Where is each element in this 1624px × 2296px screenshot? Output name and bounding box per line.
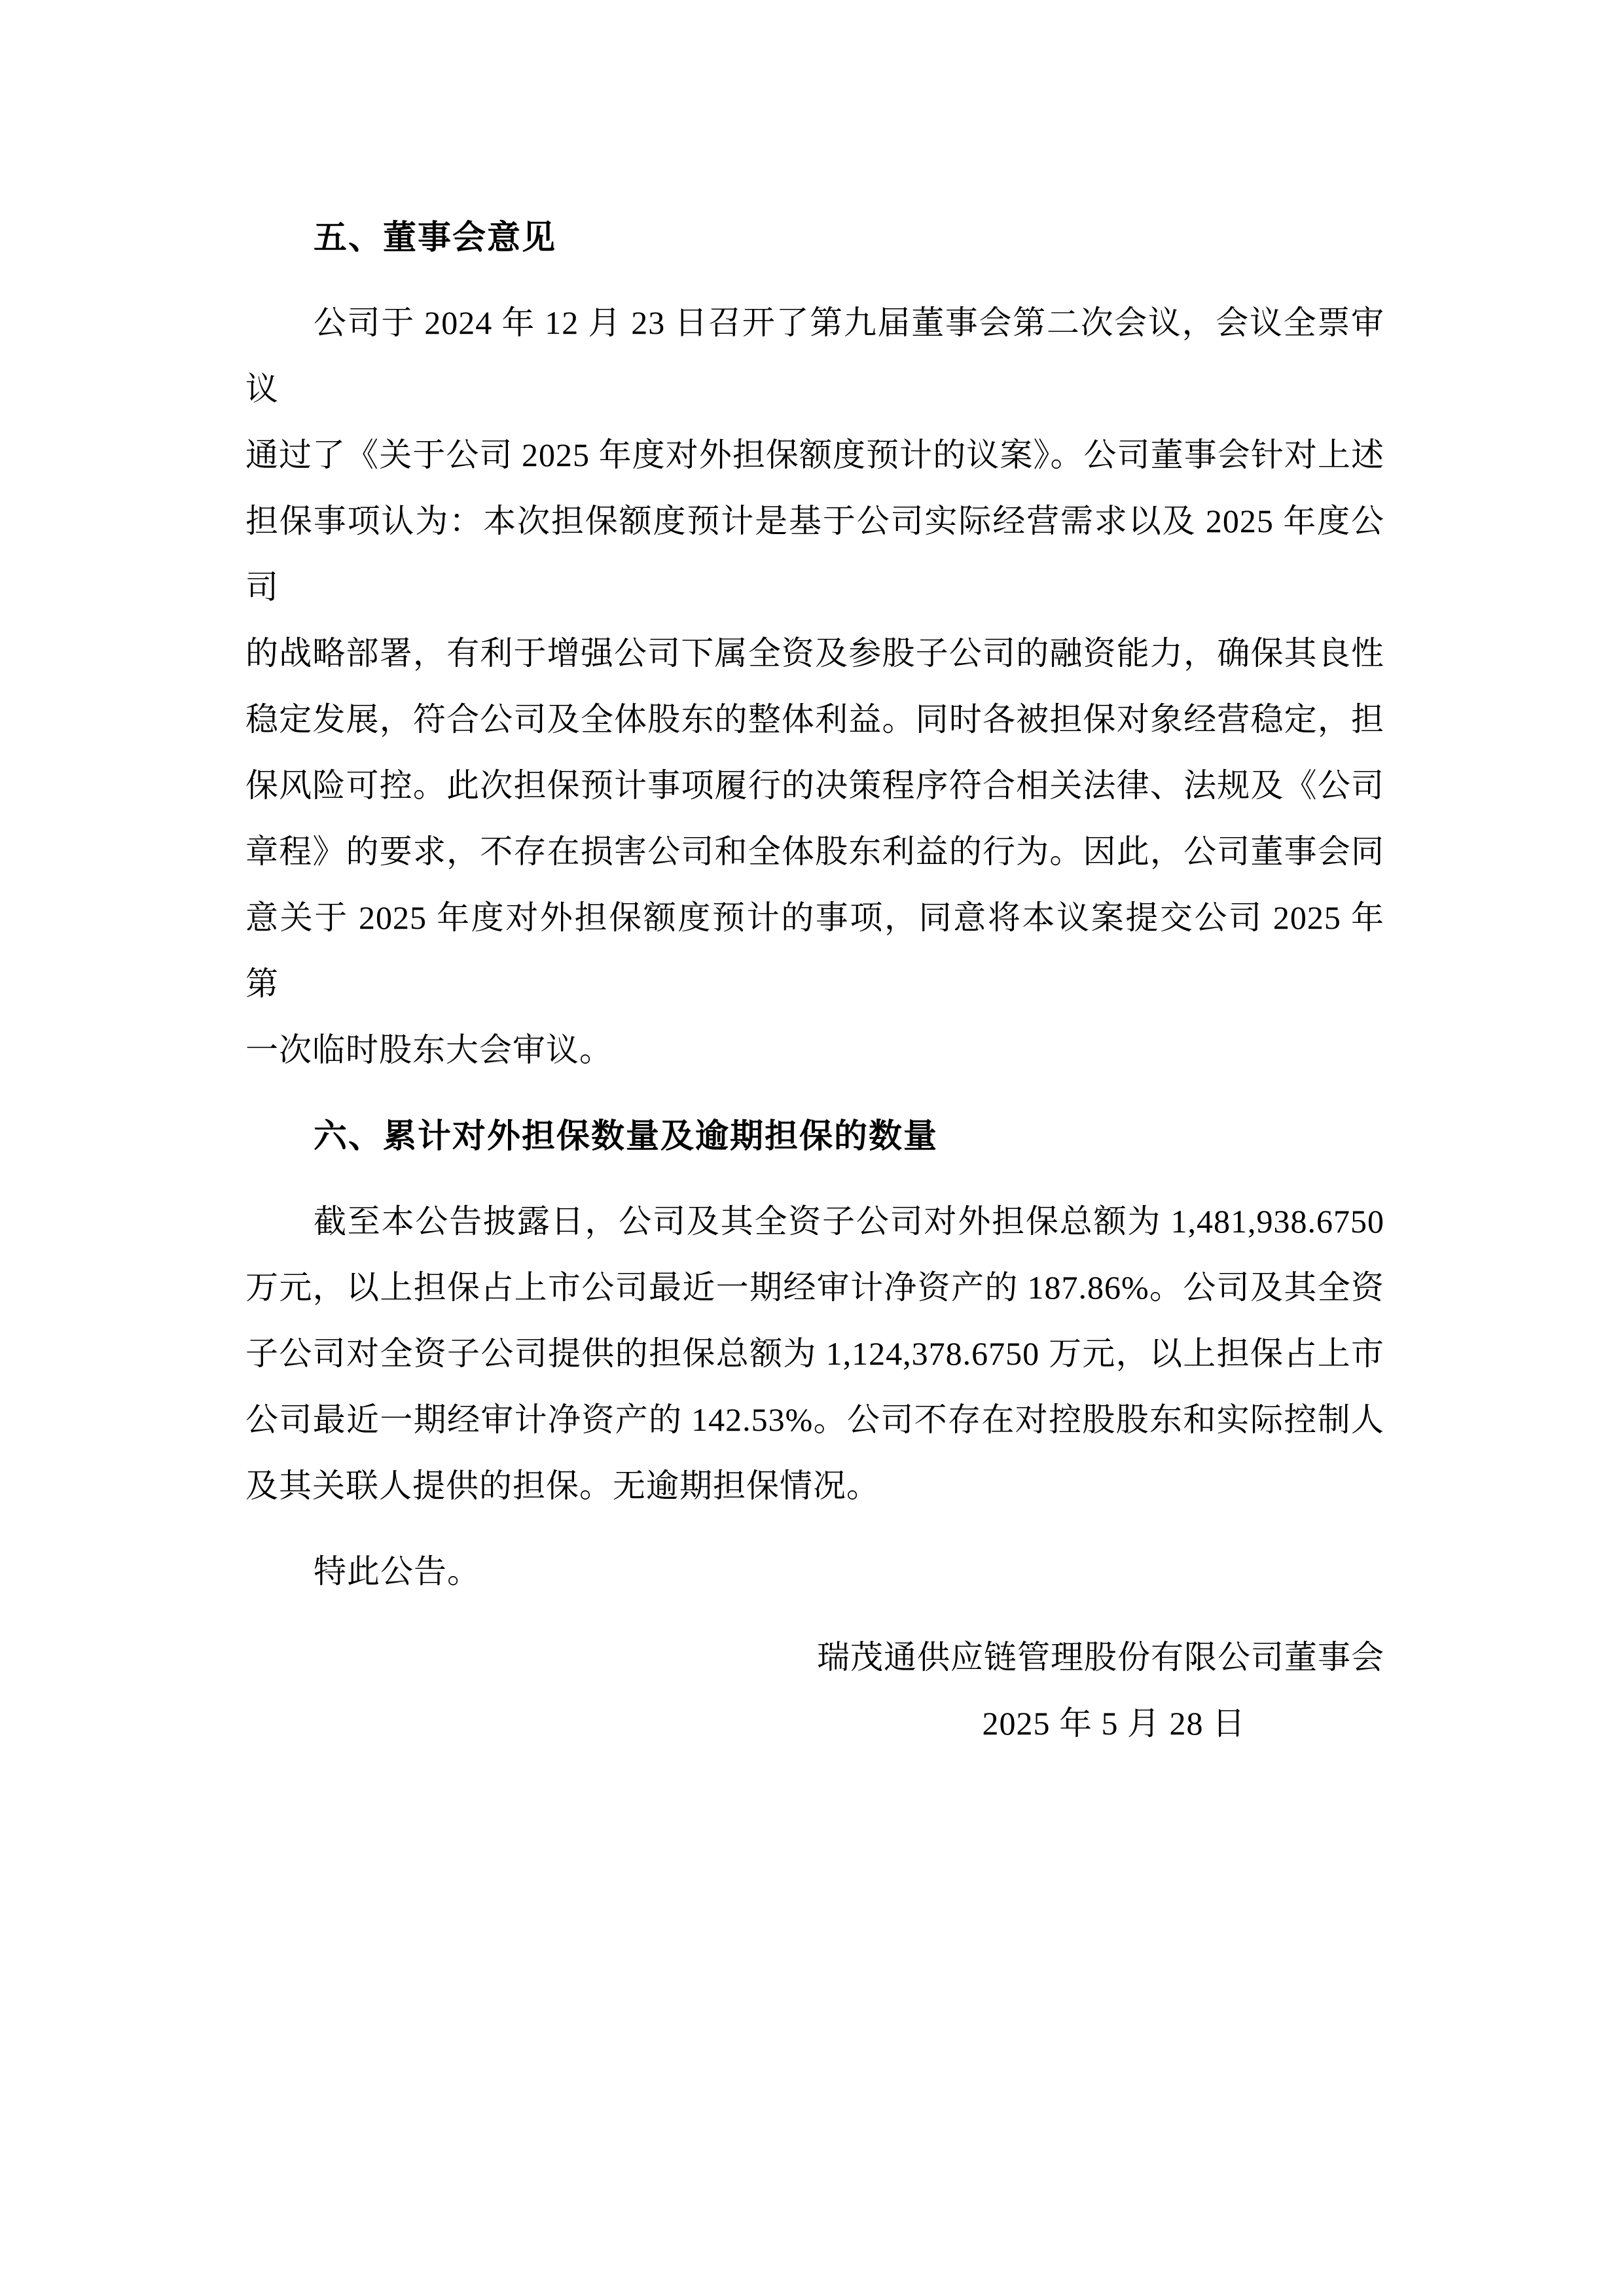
paragraph-line: 公司于 2024 年 12 月 23 日召开了第九届董事会第二次会议，会议全票审… [245, 290, 1384, 422]
paragraph-line: 截至本公告披露日，公司及其全资子公司对外担保总额为 1,481,938.6750 [245, 1189, 1384, 1255]
paragraph-line: 子公司对全资子公司提供的担保总额为 1,124,378.6750 万元，以上担保… [245, 1321, 1384, 1387]
paragraph-line: 公司最近一期经审计净资产的 142.53%。公司不存在对控股股东和实际控制人 [245, 1387, 1384, 1453]
section-heading-6: 六、累计对外担保数量及逾期担保的数量 [245, 1103, 1384, 1169]
paragraph-line: 的战略部署，有利于增强公司下属全资及参股子公司的融资能力，确保其良性 [245, 620, 1384, 687]
paragraph-line: 及其关联人提供的担保。无逾期担保情况。 [245, 1453, 1384, 1519]
paragraph-line: 担保事项认为：本次担保额度预计是基于公司实际经营需求以及 2025 年度公司 [245, 488, 1384, 620]
document-page: 五、董事会意见 公司于 2024 年 12 月 23 日召开了第九届董事会第二次… [0, 0, 1624, 2296]
paragraph-line: 章程》的要求，不存在损害公司和全体股东利益的行为。因此，公司董事会同 [245, 819, 1384, 885]
closing-statement: 特此公告。 [245, 1539, 1384, 1605]
document-content: 五、董事会意见 公司于 2024 年 12 月 23 日召开了第九届董事会第二次… [245, 204, 1384, 1757]
paragraph-board-opinion: 公司于 2024 年 12 月 23 日召开了第九届董事会第二次会议，会议全票审… [245, 290, 1384, 1083]
section-heading-5: 五、董事会意见 [245, 204, 1384, 270]
paragraph-line: 万元，以上担保占上市公司最近一期经审计净资产的 187.86%。公司及其全资 [245, 1255, 1384, 1321]
signature-company: 瑞茂通供应链管理股份有限公司董事会 [245, 1624, 1384, 1691]
paragraph-line: 保风险可控。此次担保预计事项履行的决策程序符合相关法律、法规及《公司 [245, 753, 1384, 819]
paragraph-line: 稳定发展，符合公司及全体股东的整体利益。同时各被担保对象经营稳定，担 [245, 687, 1384, 753]
paragraph-line: 一次临时股东大会审议。 [245, 1017, 1384, 1083]
closing-paragraph: 特此公告。 [245, 1539, 1384, 1605]
paragraph-line: 通过了《关于公司 2025 年度对外担保额度预计的议案》。公司董事会针对上述 [245, 422, 1384, 488]
signature-date: 2025 年 5 月 28 日 [245, 1691, 1384, 1757]
paragraph-line: 意关于 2025 年度对外担保额度预计的事项，同意将本议案提交公司 2025 年… [245, 885, 1384, 1017]
paragraph-cumulative-guarantee: 截至本公告披露日，公司及其全资子公司对外担保总额为 1,481,938.6750… [245, 1189, 1384, 1519]
